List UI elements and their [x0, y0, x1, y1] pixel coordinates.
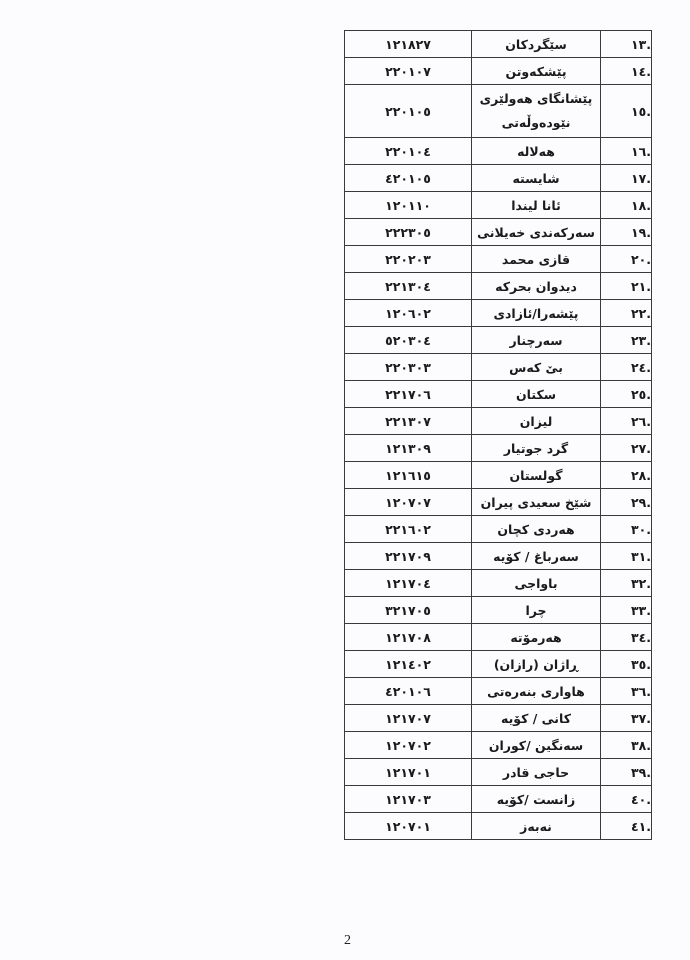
school-name: گولستان [472, 462, 601, 489]
row-number: .٣١ [601, 543, 652, 570]
school-code: ٢٢١٧٠٩ [345, 543, 472, 570]
table-row: .١٥پێشانگای هەولێری نێودەوڵەتی٢٢٠١٠٥ [345, 85, 652, 138]
school-name: سەنگین /کوران [472, 732, 601, 759]
school-name: هەلالە [472, 138, 601, 165]
row-number: .٣٤ [601, 624, 652, 651]
school-name: پێشانگای هەولێری نێودەوڵەتی [472, 85, 601, 138]
school-code: ٢٢١٣٠٤ [345, 273, 472, 300]
school-name: دیدوان بحرکە [472, 273, 601, 300]
school-name: نەبەز [472, 813, 601, 840]
school-name: سکتان [472, 381, 601, 408]
row-number: .٢٠ [601, 246, 652, 273]
row-number: .١٣ [601, 31, 652, 58]
row-number: .١٨ [601, 192, 652, 219]
codes-table: .١٣سێگردکان١٢١٨٢٧.١٤پێشکەوتن٢٢٠١٠٧.١٥پێش… [344, 30, 652, 840]
table-row: .١٦هەلالە٢٢٠١٠٤ [345, 138, 652, 165]
school-code: ٢٢٠١٠٤ [345, 138, 472, 165]
row-number: .٢٤ [601, 354, 652, 381]
table-row: .٢٢پێشەرا/ئازادی١٢٠٦٠٢ [345, 300, 652, 327]
school-code: ١٢١٧٠٣ [345, 786, 472, 813]
table-row: .٣٤هەرمۆتە١٢١٧٠٨ [345, 624, 652, 651]
school-code: ٢٢١٣٠٧ [345, 408, 472, 435]
table-row: .٣١سەرباغ / کۆیە٢٢١٧٠٩ [345, 543, 652, 570]
row-number: .٣٢ [601, 570, 652, 597]
row-number: .١٧ [601, 165, 652, 192]
table-row: .٢٨گولستان١٢١٦١٥ [345, 462, 652, 489]
row-number: .١٤ [601, 58, 652, 85]
row-number: .٢٨ [601, 462, 652, 489]
school-name: حاجی قادر [472, 759, 601, 786]
table-row: .٣٢باواجی١٢١٧٠٤ [345, 570, 652, 597]
table-row: .٢١دیدوان بحرکە٢٢١٣٠٤ [345, 273, 652, 300]
school-code: ٢٢٠١٠٧ [345, 58, 472, 85]
school-name: سەرچنار [472, 327, 601, 354]
school-name: هەردی کچان [472, 516, 601, 543]
row-number: .٣٥ [601, 651, 652, 678]
row-number: .٣٣ [601, 597, 652, 624]
row-number: .٣٩ [601, 759, 652, 786]
table-row: .٢٦لیزان٢٢١٣٠٧ [345, 408, 652, 435]
school-code: ١٢٠١١٠ [345, 192, 472, 219]
table-row: .٢٩شێخ سعیدی پیران١٢٠٧٠٧ [345, 489, 652, 516]
table-row: .٢٣سەرچنار٥٢٠٣٠٤ [345, 327, 652, 354]
table-row: .١٩سەرکەندی خەیلانی٢٢٢٣٠٥ [345, 219, 652, 246]
school-code: ٢٢٠٢٠٣ [345, 246, 472, 273]
school-name: پێشەرا/ئازادی [472, 300, 601, 327]
school-code: ١٢١٧٠٤ [345, 570, 472, 597]
school-name: هەرمۆتە [472, 624, 601, 651]
school-code: ١٢٠٧٠٧ [345, 489, 472, 516]
row-number: .٣٠ [601, 516, 652, 543]
table-row: .٣٨سەنگین /کوران١٢٠٧٠٢ [345, 732, 652, 759]
school-code: ٢٢٢٣٠٥ [345, 219, 472, 246]
table-row: .٤٠زانست /کۆیە١٢١٧٠٣ [345, 786, 652, 813]
table-row: .٣٩حاجی قادر١٢١٧٠١ [345, 759, 652, 786]
table-row: .٢٥سکتان٢٢١٧٠٦ [345, 381, 652, 408]
school-code: ١٢١٧٠٨ [345, 624, 472, 651]
school-name: بێ کەس [472, 354, 601, 381]
table-row: .١٨ئانا لیندا١٢٠١١٠ [345, 192, 652, 219]
row-number: .٣٨ [601, 732, 652, 759]
row-number: .١٩ [601, 219, 652, 246]
page-number: 2 [344, 933, 351, 949]
row-number: .٤٠ [601, 786, 652, 813]
row-number: .١٦ [601, 138, 652, 165]
table-row: .١٣سێگردکان١٢١٨٢٧ [345, 31, 652, 58]
row-number: .٤١ [601, 813, 652, 840]
table-row: .٤١نەبەز١٢٠٧٠١ [345, 813, 652, 840]
school-code: ١٢١٧٠١ [345, 759, 472, 786]
school-name: چرا [472, 597, 601, 624]
school-code: ٢٢٠٣٠٣ [345, 354, 472, 381]
school-code: ١٢٠٧٠١ [345, 813, 472, 840]
table-body: .١٣سێگردکان١٢١٨٢٧.١٤پێشکەوتن٢٢٠١٠٧.١٥پێش… [345, 31, 652, 840]
school-code: ٤٢٠١٠٥ [345, 165, 472, 192]
school-name: شێخ سعیدی پیران [472, 489, 601, 516]
school-name: لیزان [472, 408, 601, 435]
table-row: .٣٣چرا٣٢١٧٠٥ [345, 597, 652, 624]
row-number: .٢٥ [601, 381, 652, 408]
table-row: .٣٦هاواری بنەرەتی٤٢٠١٠٦ [345, 678, 652, 705]
school-code: ١٢١٤٠٢ [345, 651, 472, 678]
row-number: .٢٧ [601, 435, 652, 462]
school-name: قازی محمد [472, 246, 601, 273]
table-row: .٣٥ڕاژان (رازان)١٢١٤٠٢ [345, 651, 652, 678]
school-code: ٣٢١٧٠٥ [345, 597, 472, 624]
school-code: ٢٢١٧٠٦ [345, 381, 472, 408]
school-code: ٢٢١٦٠٢ [345, 516, 472, 543]
table-row: .٣٧کانی / کۆیە١٢١٧٠٧ [345, 705, 652, 732]
school-name: باواجی [472, 570, 601, 597]
school-code: ١٢١٧٠٧ [345, 705, 472, 732]
school-name: سەرکەندی خەیلانی [472, 219, 601, 246]
school-name: ڕاژان (رازان) [472, 651, 601, 678]
school-name: گرد جوتیار [472, 435, 601, 462]
table-row: .٢٠قازی محمد٢٢٠٢٠٣ [345, 246, 652, 273]
row-number: .٣٦ [601, 678, 652, 705]
school-name: شایستە [472, 165, 601, 192]
row-number: .٣٧ [601, 705, 652, 732]
row-number: .٢١ [601, 273, 652, 300]
table-row: .٣٠هەردی کچان٢٢١٦٠٢ [345, 516, 652, 543]
table-row: .١٧شایستە٤٢٠١٠٥ [345, 165, 652, 192]
row-number: .٢٣ [601, 327, 652, 354]
school-code: ١٢٠٦٠٢ [345, 300, 472, 327]
school-code: ١٢٠٧٠٢ [345, 732, 472, 759]
table-row: .١٤پێشکەوتن٢٢٠١٠٧ [345, 58, 652, 85]
school-name: زانست /کۆیە [472, 786, 601, 813]
row-number: .٢٩ [601, 489, 652, 516]
school-code: ١٢١٨٢٧ [345, 31, 472, 58]
document-page: .١٣سێگردکان١٢١٨٢٧.١٤پێشکەوتن٢٢٠١٠٧.١٥پێش… [0, 0, 690, 960]
table-row: .٢٧گرد جوتیار١٢١٣٠٩ [345, 435, 652, 462]
school-name: هاواری بنەرەتی [472, 678, 601, 705]
row-number: .٢٦ [601, 408, 652, 435]
school-name: ئانا لیندا [472, 192, 601, 219]
school-code: ٢٢٠١٠٥ [345, 85, 472, 138]
school-code: ٤٢٠١٠٦ [345, 678, 472, 705]
school-code: ١٢١٦١٥ [345, 462, 472, 489]
school-name: سەرباغ / کۆیە [472, 543, 601, 570]
row-number: .١٥ [601, 85, 652, 138]
school-name: پێشکەوتن [472, 58, 601, 85]
school-name: سێگردکان [472, 31, 601, 58]
school-code: ٥٢٠٣٠٤ [345, 327, 472, 354]
table-row: .٢٤بێ کەس٢٢٠٣٠٣ [345, 354, 652, 381]
row-number: .٢٢ [601, 300, 652, 327]
school-code: ١٢١٣٠٩ [345, 435, 472, 462]
school-name: کانی / کۆیە [472, 705, 601, 732]
